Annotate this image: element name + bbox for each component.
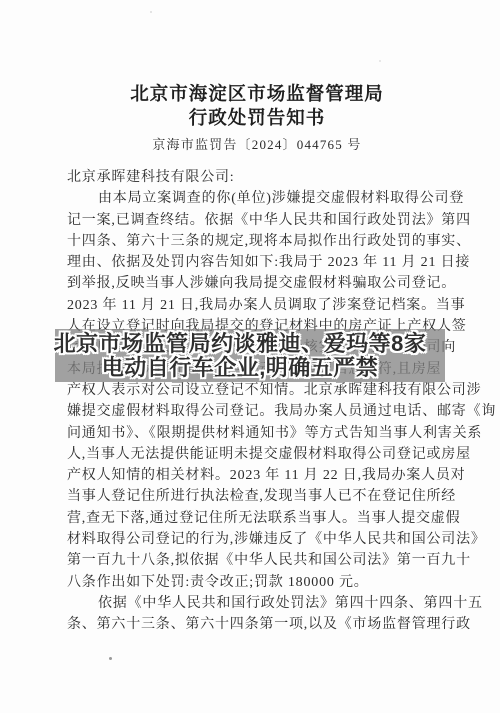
body-line: 第一百九十八条,拟依据《中华人民共和国公司法》第一百九十 bbox=[67, 550, 477, 571]
body-line: 理由、依据及处罚内容告知如下:我局于 2023 年 11 月 21 日接 bbox=[67, 252, 477, 273]
news-headline-line2: 电动自行车企业,明确五严禁 bbox=[0, 356, 480, 380]
body-line: 条、第六十三条、第六十四条第一项,以及《市场监督管理行政 bbox=[67, 614, 477, 635]
document-body: 北京承晖建科技有限公司: 由本局立案调查的你(单位)涉嫌提交虚假材料取得公司登 … bbox=[67, 167, 477, 636]
scanned-document-page: 北京市海淀区市场监督管理局 行政处罚告知书 京海市监罚告〔2024〕044765… bbox=[0, 0, 500, 713]
body-line: 嫌提交虚假材料取得公司登记。我局办案人员通过电话、邮寄《询 bbox=[67, 401, 477, 422]
body-line: 记一案,已调查终结。依据《中华人民共和国行政处罚法》第四 bbox=[67, 210, 477, 231]
document-number: 京海市监罚告〔2024〕044765 号 bbox=[14, 135, 500, 154]
scan-speckle bbox=[150, 11, 152, 13]
body-line: 2023 年 11 月 21 日,我局办案人员调取了涉案登记档案。当事 bbox=[67, 295, 477, 316]
body-line: 依据《中华人民共和国行政处罚法》第四十四条、第四十五 bbox=[67, 593, 477, 614]
scan-speckle bbox=[109, 657, 112, 660]
document-title-line2: 行政处罚告知书 bbox=[14, 108, 500, 132]
body-line: 由本局立案调查的你(单位)涉嫌提交虚假材料取得公司登 bbox=[67, 188, 477, 209]
document-title-line1: 北京市海淀区市场监督管理局 bbox=[14, 84, 500, 108]
body-line: 问通知书》、《限期提供材料通知书》等方式告知当事人利害关系 bbox=[67, 423, 477, 444]
news-headline-line1: 北京市场监管局约谈雅迪、爱玛等8家 bbox=[0, 332, 480, 356]
body-line: 到举报,反映当事人涉嫌向我局提交虚假材料骗取公司登记。 bbox=[67, 273, 477, 294]
body-line: 营,查无下落,通过登记住所无法联系当事人。当事人提交虚假 bbox=[67, 508, 477, 529]
scan-speckle bbox=[379, 60, 381, 62]
addressee-line: 北京承晖建科技有限公司: bbox=[67, 167, 477, 188]
body-line: 八条作出如下处罚:责令改正;罚款 180000 元。 bbox=[67, 572, 477, 593]
body-line: 十四条、第六十三条的规定,现将本局拟作出行政处罚的事实、 bbox=[67, 231, 477, 252]
body-line: 材料取得公司登记的行为,涉嫌违反了《中华人民共和国公司法》 bbox=[67, 529, 477, 550]
document-header: 北京市海淀区市场监督管理局 行政处罚告知书 京海市监罚告〔2024〕044765… bbox=[0, 84, 500, 154]
body-line: 产权人知情的相关材料。2023 年 11 月 22 日,我局办案人员对 bbox=[67, 465, 477, 486]
body-line: 当事人登记住所进行执法检查,发现当事人已不在登记住所经 bbox=[67, 486, 477, 507]
news-headline: 北京市场监管局约谈雅迪、爱玛等8家 电动自行车企业,明确五严禁 bbox=[0, 332, 480, 380]
body-line: 产权人表示对公司设立登记不知情。北京承晖建科技有限公司涉 bbox=[67, 380, 477, 401]
body-line: 人,当事人无法提供能证明未提交虚假材料取得公司登记或房屋 bbox=[67, 444, 477, 465]
